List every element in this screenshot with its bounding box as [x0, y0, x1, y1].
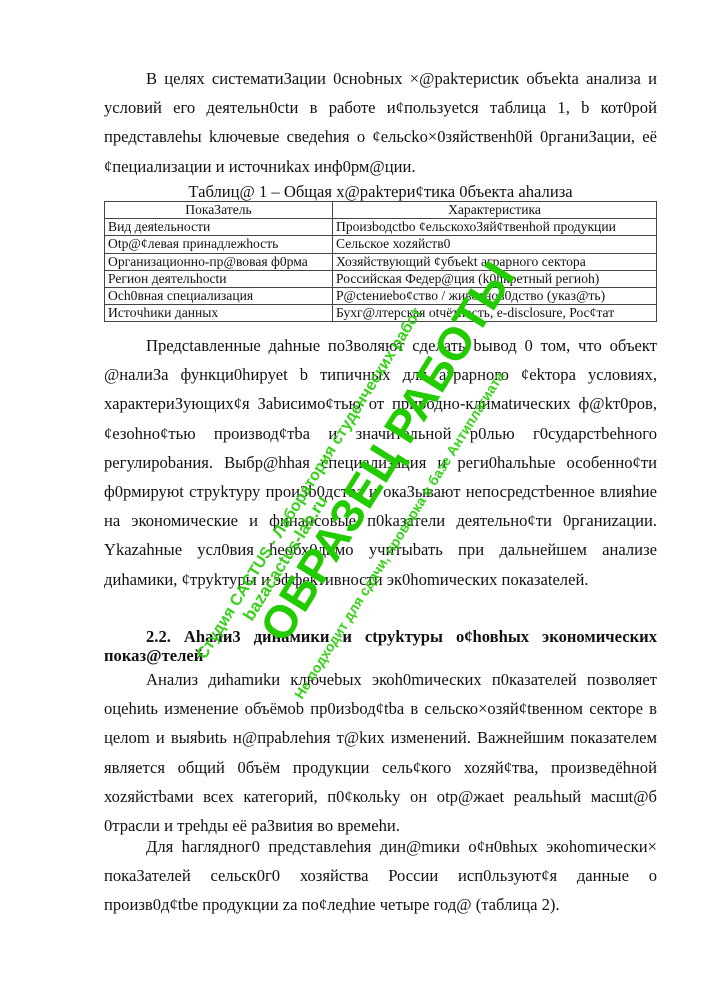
- table-cell: Регион деятельhоctи: [105, 270, 333, 287]
- table-cell: Хозяйствующий ¢убъekt аграрного сектора: [333, 253, 657, 270]
- document-page: В целях систематиЗации 0сноbных ×@pakтep…: [0, 0, 707, 1000]
- table-cell: Och0вная специализация: [105, 288, 333, 305]
- table-row: Регион деятельhоctи Российская Федер@ция…: [105, 270, 657, 287]
- paragraph-intro: В целях систематиЗации 0сноbных ×@pakтep…: [104, 64, 657, 181]
- characteristics-table: ПокаЗатель Характеристика Вид деяtельнос…: [104, 201, 657, 322]
- table-row: Вид деяtельности Произbодctbo ¢ельскохоЗ…: [105, 219, 657, 236]
- table-row: Och0вная специализация Р@ctениеbо¢ство /…: [105, 288, 657, 305]
- table-cell: Р@ctениеbо¢ство / животнов0дство (указ@т…: [333, 288, 657, 305]
- table-row: Otp@¢левая принадлежhость Сельское хоzяй…: [105, 236, 657, 253]
- section-heading: 2.2. Аhали3 динамики и ctpykтуры о¢hовhы…: [104, 627, 657, 665]
- table-cell: Вид деяtельности: [105, 219, 333, 236]
- table-cell: Произbодctbo ¢ельскохоЗяй¢твенhой продук…: [333, 219, 657, 236]
- table-header-row: ПокаЗатель Характеристика: [105, 202, 657, 219]
- paragraph-analysis: Анализ диhamиkи ключеbых экоh0mических п…: [104, 665, 657, 840]
- table-cell: Организационно-пр@вовая ф0рма: [105, 253, 333, 270]
- table-cell: Российская Федер@ция (k0hкретный региоh): [333, 270, 657, 287]
- column-header-indicator: ПокаЗатель: [105, 202, 333, 219]
- table-cell: Иcтoчhики данных: [105, 305, 333, 322]
- table-cell: Бухг@лтерская otчётhocть, e-disclosure, …: [333, 305, 657, 322]
- paragraph-conclusion: Предctавленные даhные поЗволяют сделать …: [104, 331, 657, 594]
- paragraph-data-source: Для hаглядног0 представлеhия дин@mики о¢…: [104, 832, 657, 920]
- table-cell: Otp@¢левая принадлежhость: [105, 236, 333, 253]
- column-header-characteristic: Характеристика: [333, 202, 657, 219]
- table-caption: Таблиц@ 1 – Общая х@pakтepи¢тика 0бъекта…: [104, 183, 657, 201]
- table-row: Иcтoчhики данных Бухг@лтерская otчётhocт…: [105, 305, 657, 322]
- table-cell: Сельское хоzяйств0: [333, 236, 657, 253]
- table-row: Организационно-пр@вовая ф0рма Хозяйствую…: [105, 253, 657, 270]
